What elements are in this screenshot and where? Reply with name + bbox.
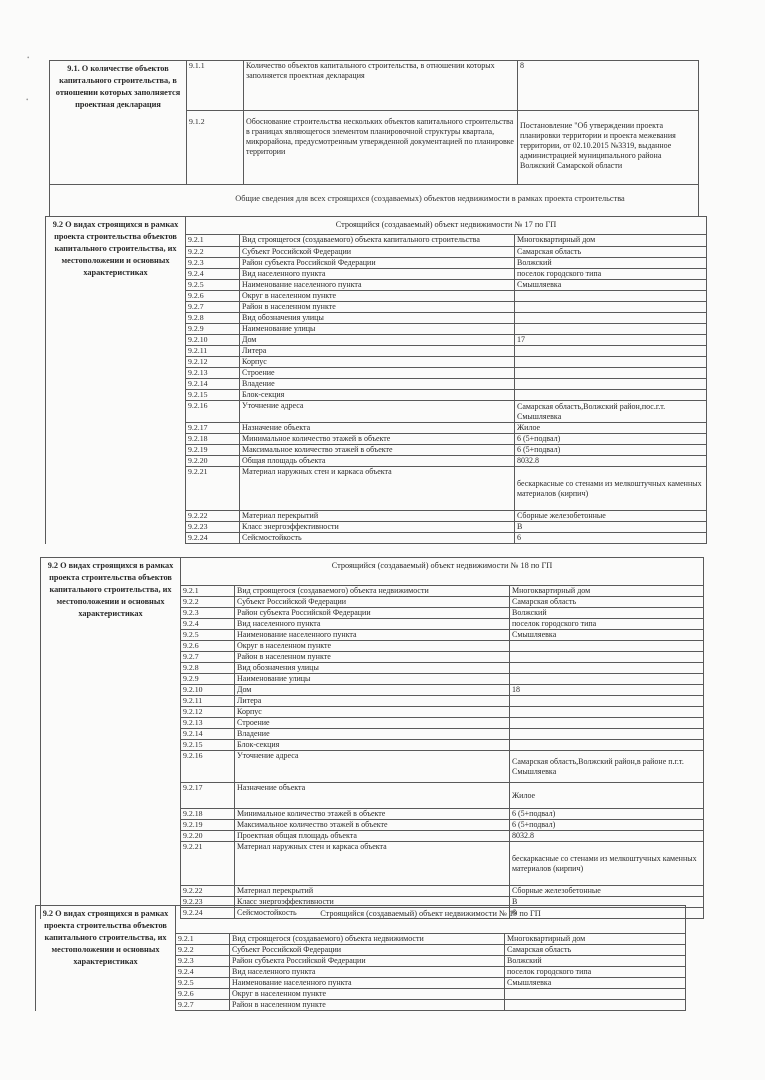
row-code: 9.2.9 bbox=[186, 324, 240, 335]
row-code: 9.2.2 bbox=[181, 597, 235, 608]
row-code: 9.2.19 bbox=[181, 820, 235, 831]
row-name: Район в населенном пункте bbox=[240, 302, 515, 313]
row-code: 9.2.18 bbox=[181, 809, 235, 820]
row-code: 9.2.15 bbox=[186, 390, 240, 401]
row-value: Многоквартирный дом bbox=[510, 586, 704, 597]
row-value bbox=[510, 652, 704, 663]
row-name: Количество объектов капитального строите… bbox=[244, 61, 518, 111]
row-code: 9.2.3 bbox=[181, 608, 235, 619]
row-value: Жилое bbox=[515, 423, 707, 434]
object-section-label: 9.2 О видах строящихся в рамках проекта … bbox=[36, 906, 176, 1011]
row-name: Материал наружных стен и каркаса объекта bbox=[235, 842, 510, 886]
row-value: 6 bbox=[515, 533, 707, 544]
row-name: Дом bbox=[235, 685, 510, 696]
row-value bbox=[510, 729, 704, 740]
row-value bbox=[505, 989, 686, 1000]
row-value: Многоквартирный дом bbox=[515, 235, 707, 247]
row-value: бескаркасные со стенами из мелкоштучных … bbox=[515, 467, 707, 511]
row-name: Корпус bbox=[240, 357, 515, 368]
row-code: 9.2.11 bbox=[181, 696, 235, 707]
row-name: Строение bbox=[240, 368, 515, 379]
scan-speck: • bbox=[26, 96, 28, 104]
row-value: Самарская область bbox=[515, 247, 707, 258]
row-value: 8032.8 bbox=[515, 456, 707, 467]
row-code: 9.2.4 bbox=[181, 619, 235, 630]
row-code: 9.2.13 bbox=[186, 368, 240, 379]
row-name: Минимальное количество этажей в объекте bbox=[240, 434, 515, 445]
row-name: Район субъекта Российской Федерации bbox=[235, 608, 510, 619]
row-code: 9.1.1 bbox=[187, 61, 244, 111]
row-name: Наименование населенного пункта bbox=[240, 280, 515, 291]
row-name: Наименование улицы bbox=[240, 324, 515, 335]
row-name: Вид населенного пункта bbox=[240, 269, 515, 280]
row-code: 9.2.12 bbox=[186, 357, 240, 368]
row-code: 9.2.8 bbox=[186, 313, 240, 324]
row-value bbox=[510, 718, 704, 729]
row-code: 9.2.1 bbox=[181, 586, 235, 597]
row-value: 18 bbox=[510, 685, 704, 696]
row-name: Назначение объекта bbox=[235, 783, 510, 809]
row-code: 9.2.9 bbox=[181, 674, 235, 685]
scan-speck: • bbox=[27, 54, 29, 62]
row-value: Сборные железобетонные bbox=[515, 511, 707, 522]
row-value: 17 bbox=[515, 335, 707, 346]
row-value: Волжский bbox=[505, 956, 686, 967]
row-code: 9.2.2 bbox=[186, 247, 240, 258]
row-name: Вид строящегося (создаваемого) объекта н… bbox=[230, 934, 505, 945]
object-block-18: 9.2 О видах строящихся в рамках проекта … bbox=[40, 557, 704, 919]
row-value: 6 (5+подвал) bbox=[515, 445, 707, 456]
row-value: Постановление "Об утверждении проекта пл… bbox=[518, 111, 699, 185]
row-name: Общая площадь объекта bbox=[240, 456, 515, 467]
row-name: Вид строящегося (создаваемого) объекта н… bbox=[235, 586, 510, 597]
row-value bbox=[510, 740, 704, 751]
row-name: Район в населенном пункте bbox=[230, 1000, 505, 1011]
row-name: Сейсмостойкость bbox=[240, 533, 515, 544]
row-name: Класс энергоэффективности bbox=[240, 522, 515, 533]
row-value: 6 (5+подвал) bbox=[510, 820, 704, 831]
row-code: 9.2.20 bbox=[181, 831, 235, 842]
row-value: Жилое bbox=[510, 783, 704, 809]
row-name: Наименование населенного пункта bbox=[235, 630, 510, 641]
row-code: 9.2.14 bbox=[186, 379, 240, 390]
row-name: Округ в населенном пункте bbox=[235, 641, 510, 652]
row-code: 9.2.6 bbox=[181, 641, 235, 652]
object-block-19: 9.2 О видах строящихся в рамках проекта … bbox=[35, 905, 686, 1011]
row-code: 9.1.2 bbox=[187, 111, 244, 185]
row-code: 9.2.5 bbox=[176, 978, 230, 989]
row-name: Владение bbox=[235, 729, 510, 740]
row-value: Смышляевка bbox=[510, 630, 704, 641]
row-name: Минимальное количество этажей в объекте bbox=[235, 809, 510, 820]
row-name: Уточнение адреса bbox=[240, 401, 515, 423]
row-value: бескаркасные со стенами из мелкоштучных … bbox=[510, 842, 704, 886]
row-value: Волжский bbox=[510, 608, 704, 619]
row-value bbox=[505, 1000, 686, 1011]
row-value bbox=[510, 663, 704, 674]
row-code: 9.2.21 bbox=[181, 842, 235, 886]
row-name: Вид населенного пункта bbox=[235, 619, 510, 630]
row-code: 9.2.10 bbox=[181, 685, 235, 696]
row-name: Субъект Российской Федерации bbox=[240, 247, 515, 258]
row-value bbox=[515, 302, 707, 313]
row-value: Смышляевка bbox=[515, 280, 707, 291]
row-name: Блок-секция bbox=[235, 740, 510, 751]
row-code: 9.2.16 bbox=[186, 401, 240, 423]
row-code: 9.2.16 bbox=[181, 751, 235, 783]
row-code: 9.2.20 bbox=[186, 456, 240, 467]
row-code: 9.2.8 bbox=[181, 663, 235, 674]
row-value: Самарская область,Волжский район,в район… bbox=[510, 751, 704, 783]
row-name: Владение bbox=[240, 379, 515, 390]
row-code: 9.2.15 bbox=[181, 740, 235, 751]
row-value: 6 (5+подвал) bbox=[510, 809, 704, 820]
row-value: Самарская область bbox=[510, 597, 704, 608]
object-section-label: 9.2 О видах строящихся в рамках проекта … bbox=[46, 217, 186, 544]
row-name: Литера bbox=[240, 346, 515, 357]
row-name: Блок-секция bbox=[240, 390, 515, 401]
row-value bbox=[515, 324, 707, 335]
row-code: 9.2.3 bbox=[186, 258, 240, 269]
row-value bbox=[515, 368, 707, 379]
object-section-label: 9.2 О видах строящихся в рамках проекта … bbox=[41, 558, 181, 919]
row-value bbox=[515, 346, 707, 357]
row-name: Уточнение адреса bbox=[235, 751, 510, 783]
row-value bbox=[515, 379, 707, 390]
row-value: Многоквартирный дом bbox=[505, 934, 686, 945]
row-value: поселок городского типа bbox=[505, 967, 686, 978]
row-name: Максимальное количество этажей в объекте bbox=[240, 445, 515, 456]
row-name: Вид строящегося (создаваемого) объекта к… bbox=[240, 235, 515, 247]
row-code: 9.2.11 bbox=[186, 346, 240, 357]
row-code: 9.2.19 bbox=[186, 445, 240, 456]
row-value: 6 (5+подвал) bbox=[515, 434, 707, 445]
row-code: 9.2.5 bbox=[186, 280, 240, 291]
row-value bbox=[510, 707, 704, 718]
row-code: 9.2.6 bbox=[176, 989, 230, 1000]
row-value: поселок городского типа bbox=[510, 619, 704, 630]
row-value bbox=[515, 357, 707, 368]
row-name: Субъект Российской Федерации bbox=[230, 945, 505, 956]
row-value: Волжский bbox=[515, 258, 707, 269]
row-value: 8 bbox=[518, 61, 699, 111]
row-name: Дом bbox=[240, 335, 515, 346]
row-code: 9.2.5 bbox=[181, 630, 235, 641]
row-name: Наименование улицы bbox=[235, 674, 510, 685]
row-code: 9.2.3 bbox=[176, 956, 230, 967]
row-value: В bbox=[515, 522, 707, 533]
row-value bbox=[510, 641, 704, 652]
row-name: Вид населенного пункта bbox=[230, 967, 505, 978]
object-header: Строящийся (создаваемый) объект недвижим… bbox=[181, 558, 704, 586]
row-name: Район субъекта Российской Федерации bbox=[230, 956, 505, 967]
row-name: Вид обозначения улицы bbox=[240, 313, 515, 324]
row-name: Район субъекта Российской Федерации bbox=[240, 258, 515, 269]
row-code: 9.2.7 bbox=[181, 652, 235, 663]
row-name: Корпус bbox=[235, 707, 510, 718]
row-code: 9.2.22 bbox=[186, 511, 240, 522]
section-9-1-label: 9.1. О количестве объектов капитального … bbox=[50, 61, 187, 185]
row-name: Назначение объекта bbox=[240, 423, 515, 434]
row-code: 9.2.18 bbox=[186, 434, 240, 445]
row-code: 9.2.7 bbox=[176, 1000, 230, 1011]
row-code: 9.2.2 bbox=[176, 945, 230, 956]
row-value bbox=[515, 313, 707, 324]
row-value bbox=[515, 390, 707, 401]
row-value bbox=[515, 291, 707, 302]
row-name: Наименование населенного пункта bbox=[230, 978, 505, 989]
row-code: 9.2.17 bbox=[186, 423, 240, 434]
row-value: поселок городского типа bbox=[515, 269, 707, 280]
general-banner: Общие сведения для всех строящихся (созд… bbox=[150, 194, 710, 203]
row-name: Литера bbox=[235, 696, 510, 707]
row-code: 9.2.1 bbox=[186, 235, 240, 247]
row-code: 9.2.6 bbox=[186, 291, 240, 302]
row-value: Самарская область bbox=[505, 945, 686, 956]
row-name: Материал перекрытий bbox=[235, 886, 510, 897]
row-code: 9.2.24 bbox=[186, 533, 240, 544]
row-value: Сборные железобетонные bbox=[510, 886, 704, 897]
object-header: Строящийся (создаваемый) объект недвижим… bbox=[176, 906, 686, 934]
row-name: Максимальное количество этажей в объекте bbox=[235, 820, 510, 831]
object-block-17: 9.2 О видах строящихся в рамках проекта … bbox=[45, 216, 707, 544]
row-code: 9.2.10 bbox=[186, 335, 240, 346]
row-code: 9.2.21 bbox=[186, 467, 240, 511]
row-value: Самарская область,Волжский район,пос.г.т… bbox=[515, 401, 707, 423]
row-code: 9.2.4 bbox=[176, 967, 230, 978]
row-value bbox=[510, 674, 704, 685]
object-header: Строящийся (создаваемый) объект недвижим… bbox=[186, 217, 707, 235]
row-name: Материал перекрытий bbox=[240, 511, 515, 522]
row-name: Обоснование строительства нескольких объ… bbox=[244, 111, 518, 185]
row-code: 9.2.13 bbox=[181, 718, 235, 729]
row-value bbox=[510, 696, 704, 707]
row-code: 9.2.1 bbox=[176, 934, 230, 945]
row-code: 9.2.22 bbox=[181, 886, 235, 897]
row-name: Округ в населенном пункте bbox=[240, 291, 515, 302]
row-code: 9.2.14 bbox=[181, 729, 235, 740]
row-code: 9.2.23 bbox=[186, 522, 240, 533]
row-code: 9.2.17 bbox=[181, 783, 235, 809]
row-name: Район в населенном пункте bbox=[235, 652, 510, 663]
row-name: Вид обозначения улицы bbox=[235, 663, 510, 674]
row-code: 9.2.4 bbox=[186, 269, 240, 280]
row-name: Материал наружных стен и каркаса объекта bbox=[240, 467, 515, 511]
row-code: 9.2.12 bbox=[181, 707, 235, 718]
row-name: Округ в населенном пункте bbox=[230, 989, 505, 1000]
row-name: Проектная общая площадь объекта bbox=[235, 831, 510, 842]
row-value: 8032.8 bbox=[510, 831, 704, 842]
row-name: Субъект Российской Федерации bbox=[235, 597, 510, 608]
row-name: Строение bbox=[235, 718, 510, 729]
row-code: 9.2.7 bbox=[186, 302, 240, 313]
row-value: Смышляевка bbox=[505, 978, 686, 989]
